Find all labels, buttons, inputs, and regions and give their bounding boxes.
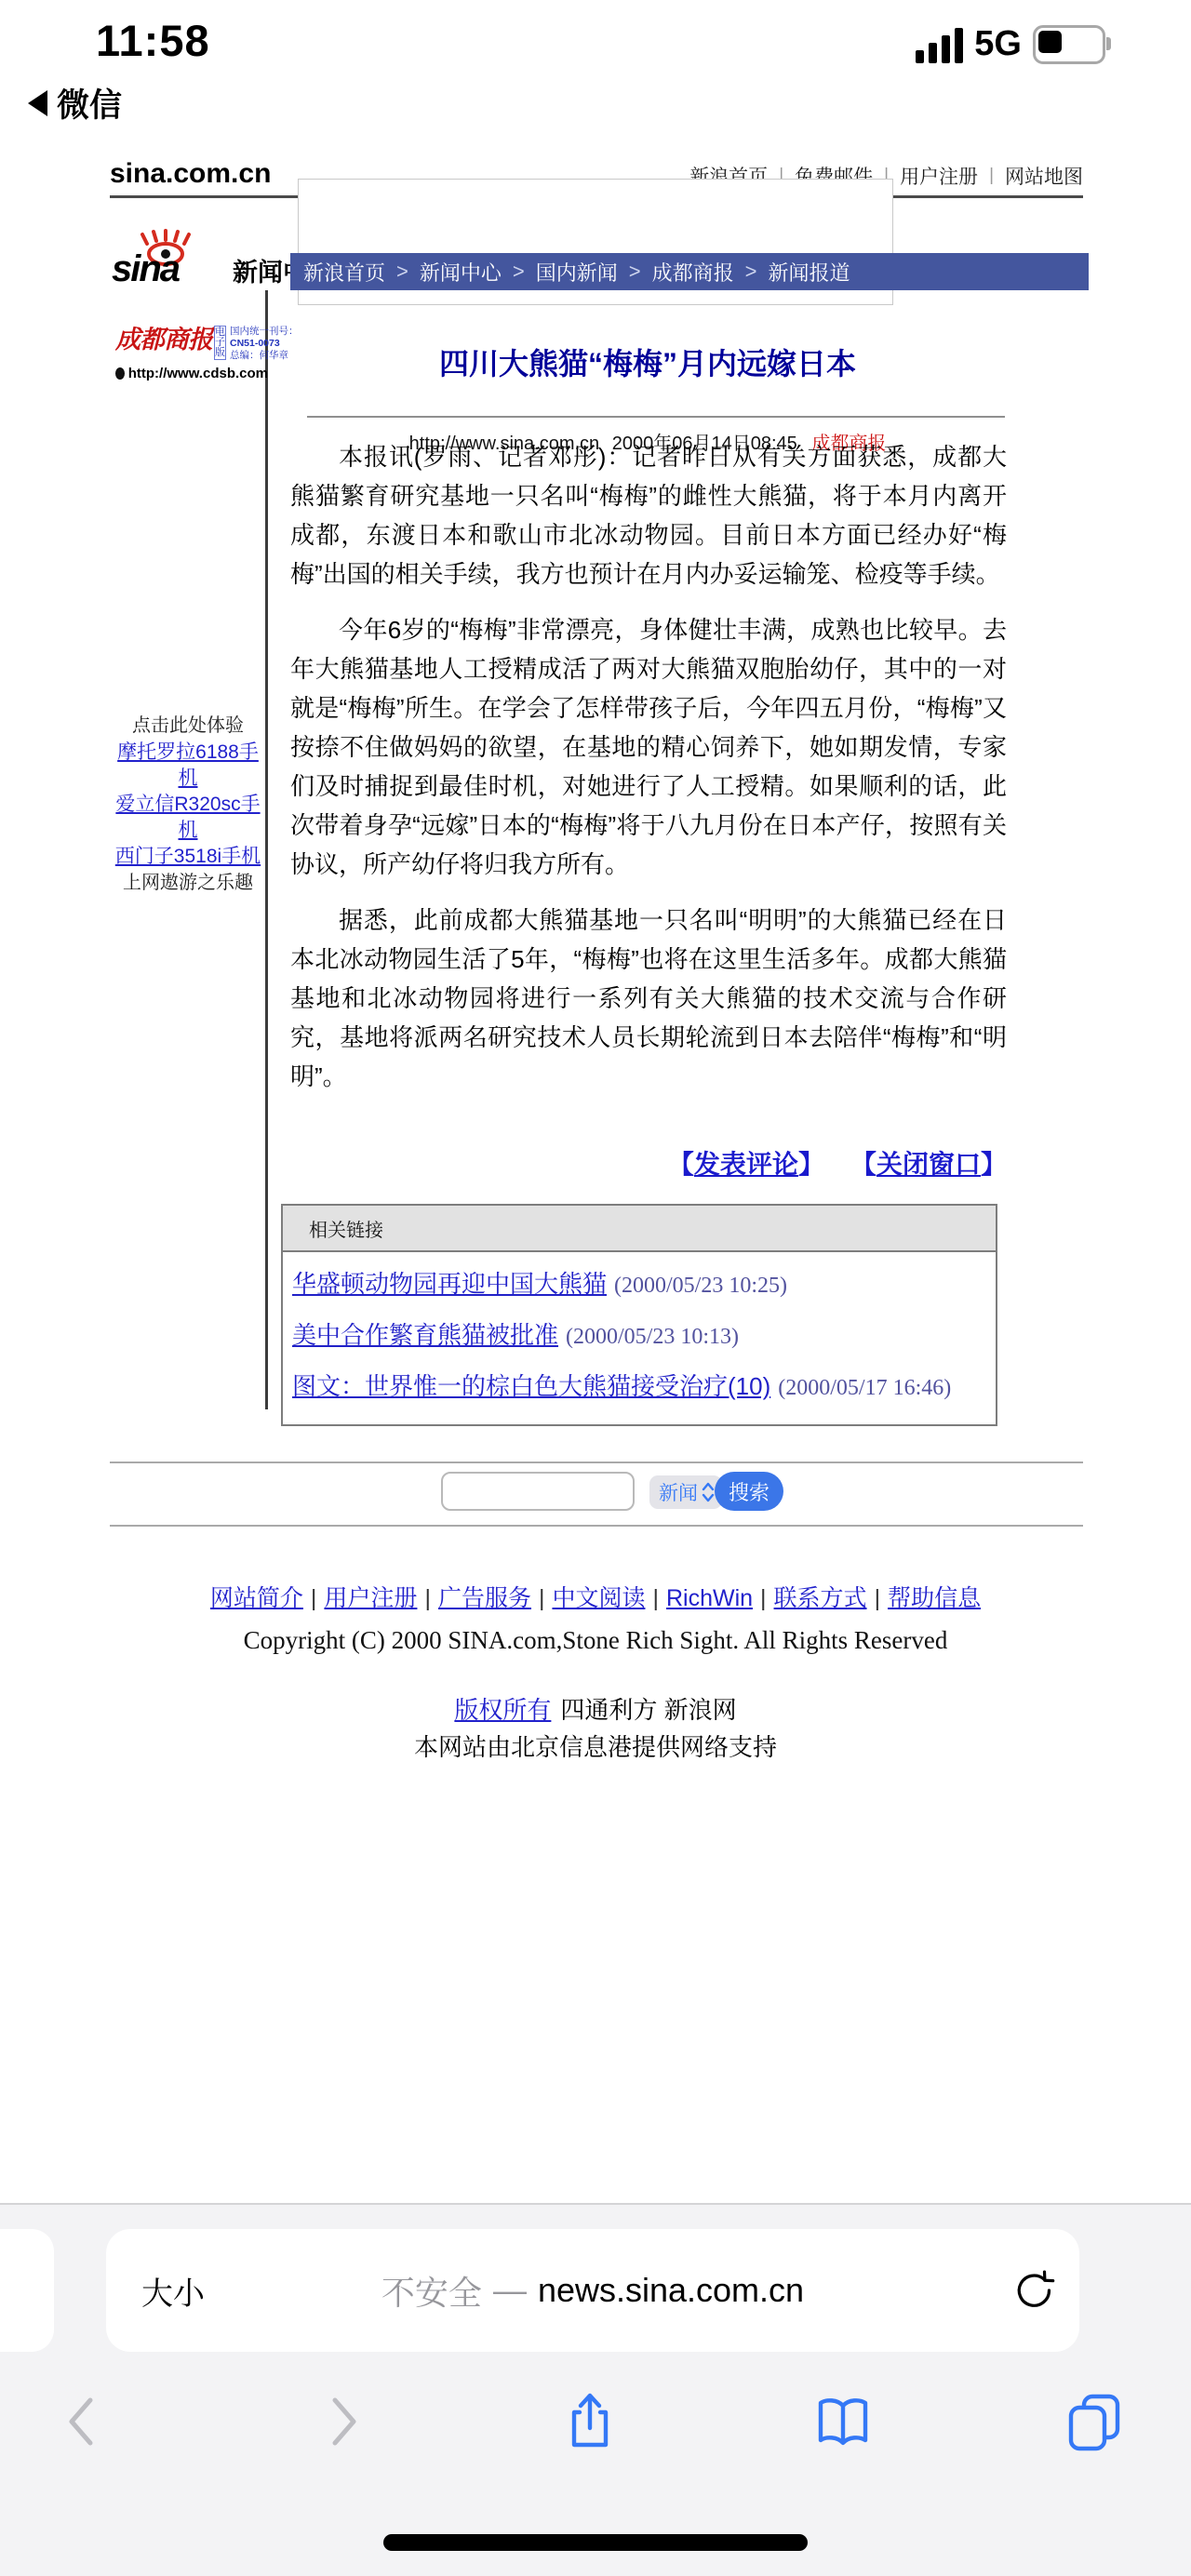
promo-link-ericsson[interactable]: 爱立信R320sc手机: [110, 792, 266, 844]
search-input[interactable]: [441, 1472, 635, 1511]
breadcrumb-separator: >: [629, 260, 641, 284]
refresh-button[interactable]: [1012, 2229, 1055, 2352]
bracket: 】: [798, 1150, 824, 1179]
status-indicators: 5G: [916, 24, 1105, 64]
title-divider: [307, 416, 1005, 418]
cdsb-edition-label: 电子版: [214, 326, 226, 360]
site-domain: sina.com.cn: [110, 158, 271, 190]
related-links-header: 相关链接: [283, 1206, 996, 1252]
article-actions: 【发表评论】【关闭窗口】: [290, 1144, 1007, 1181]
breadcrumb-home[interactable]: 新浪首页: [303, 258, 385, 287]
bracket: 【: [850, 1150, 877, 1179]
breadcrumb-news-report[interactable]: 新闻报道: [769, 258, 850, 287]
adjacent-tab-peek[interactable]: [0, 2229, 54, 2352]
footer-link-help[interactable]: 帮助信息: [888, 1585, 981, 1611]
bracket: 【: [668, 1150, 694, 1179]
divider-line: [110, 1525, 1083, 1527]
related-link[interactable]: 图文：世界惟一的棕白色大熊猫接受治疗(10): [292, 1372, 770, 1400]
footer-link-about[interactable]: 网站简介: [210, 1585, 303, 1611]
breadcrumb-cdsb[interactable]: 成都商报: [652, 258, 734, 287]
related-link-date: (2000/05/17 16:46): [778, 1376, 951, 1400]
article-paragraph: 今年6岁的“梅梅”非常漂亮，身体健壮丰满，成熟也比较早。去年大熊猫基地人工授精成…: [290, 610, 1007, 884]
battery-icon: [1033, 25, 1105, 64]
back-triangle-icon: [28, 90, 47, 116]
globe-icon: [115, 367, 125, 380]
article-paragraph: 本报讯(罗雨、记者邓彤)：记者昨日从有关方面获悉，成都大熊猫繁育研究基地一只名叫…: [290, 437, 1007, 594]
related-link[interactable]: 华盛顿动物园再迎中国大熊猫: [292, 1270, 607, 1298]
address-bar[interactable]: 大小 不安全 — news.sina.com.cn: [106, 2229, 1079, 2352]
related-link-row: 华盛顿动物园再迎中国大熊猫(2000/05/23 10:25): [292, 1260, 986, 1311]
related-link-date: (2000/05/23 10:25): [614, 1274, 787, 1298]
chevron-left-icon: [72, 2400, 90, 2443]
browser-forward-button[interactable]: [309, 2389, 374, 2454]
footer-link-ads[interactable]: 广告服务: [438, 1585, 531, 1611]
article-paragraph: 据悉，此前成都大熊猫基地一只名叫“明明”的大熊猫已经在日本北冰动物园生活了5年，…: [290, 901, 1007, 1096]
network-support-line: 本网站由北京信息港提供网络支持: [0, 1728, 1191, 1763]
footer-separator: |: [875, 1585, 881, 1611]
copyright-line: Copyright (C) 2000 SINA.com,Stone Rich S…: [0, 1626, 1191, 1655]
header-link-register[interactable]: 用户注册: [900, 162, 978, 190]
breadcrumb-separator: >: [745, 260, 757, 284]
close-window-link[interactable]: 关闭窗口: [877, 1150, 981, 1179]
address-text: 不安全 — news.sina.com.cn: [106, 2229, 1079, 2352]
security-label: 不安全: [381, 2267, 482, 2315]
breadcrumb-news-center[interactable]: 新闻中心: [420, 258, 502, 287]
breadcrumb-separator: >: [513, 260, 525, 284]
related-link-row: 图文：世界惟一的棕白色大熊猫接受治疗(10)(2000/05/17 16:46): [292, 1362, 986, 1413]
divider-line: [110, 1462, 1083, 1463]
rights-text: 四通利方 新浪网: [560, 1696, 736, 1724]
footer-separator: |: [424, 1585, 431, 1611]
breadcrumb-domestic-news[interactable]: 国内新闻: [536, 258, 618, 287]
address-separator: —: [493, 2271, 527, 2310]
iphone-screen: 11:58 5G 微信 sina.com.cn 新浪首页 | 免费邮件 | 用户…: [0, 0, 1191, 2576]
browser-back-button[interactable]: [51, 2389, 116, 2454]
refresh-icon: [1012, 2269, 1055, 2312]
promo-link-siemens[interactable]: 西门子3518i手机: [110, 844, 266, 870]
breadcrumb-separator: >: [396, 260, 408, 284]
promo-intro: 点击此处体验: [110, 713, 266, 740]
footer-link-contact[interactable]: 联系方式: [774, 1585, 867, 1611]
article-body: 本报讯(罗雨、记者邓彤)：记者昨日从有关方面获悉，成都大熊猫繁育研究基地一只名叫…: [290, 437, 1007, 1113]
cdsb-paper-name: 成都商报: [115, 326, 212, 354]
tabs-button[interactable]: [1062, 2389, 1127, 2454]
share-icon: [557, 2389, 622, 2454]
back-app-label: 微信: [57, 80, 122, 127]
share-button[interactable]: [557, 2389, 622, 2454]
article-title: 四川大熊猫“梅梅”月内远嫁日本: [290, 340, 1005, 383]
breadcrumb: 新浪首页 > 新闻中心 > 国内新闻 > 成都商报 > 新闻报道: [290, 253, 1089, 290]
header-separator: |: [989, 166, 994, 186]
related-links-box: 相关链接 华盛顿动物园再迎中国大熊猫(2000/05/23 10:25) 美中合…: [281, 1204, 997, 1426]
related-link-date: (2000/05/23 10:13): [566, 1325, 739, 1349]
footer-separator: |: [311, 1585, 317, 1611]
rights-link[interactable]: 版权所有: [454, 1696, 551, 1724]
sidebar-promo: 点击此处体验 摩托罗拉6188手机 爱立信R320sc手机 西门子3518i手机…: [110, 713, 266, 897]
related-link[interactable]: 美中合作繁育熊猫被批准: [292, 1321, 558, 1349]
chevron-up-down-icon: [702, 1481, 715, 1503]
tabs-icon: [1062, 2389, 1127, 2454]
home-indicator[interactable]: [383, 2534, 808, 2551]
back-to-app-button[interactable]: 微信: [28, 80, 122, 127]
search-button[interactable]: 搜索: [715, 1472, 783, 1511]
related-link-row: 美中合作繁育熊猫被批准(2000/05/23 10:13): [292, 1311, 986, 1362]
bookmarks-button[interactable]: [810, 2389, 876, 2454]
bracket: 】: [981, 1150, 1007, 1179]
footer-separator: |: [539, 1585, 545, 1611]
cdsb-site-url[interactable]: http://www.cdsb.com: [115, 366, 268, 381]
rights-line: 版权所有四通利方 新浪网: [0, 1691, 1191, 1726]
footer-link-chinese-reading[interactable]: 中文阅读: [552, 1585, 645, 1611]
footer-separator: |: [760, 1585, 767, 1611]
page-host: news.sina.com.cn: [538, 2271, 804, 2310]
sina-logo-text[interactable]: sina: [112, 248, 179, 290]
chevron-right-icon: [335, 2400, 354, 2443]
footer-link-richwin[interactable]: RichWin: [666, 1585, 753, 1611]
search-category-value: 新闻: [659, 1478, 698, 1506]
footer-links: 网站简介|用户注册|广告服务|中文阅读|RichWin|联系方式|帮助信息: [0, 1580, 1191, 1613]
promo-link-motorola[interactable]: 摩托罗拉6188手机: [110, 740, 266, 792]
header-link-sitemap[interactable]: 网站地图: [1005, 162, 1083, 190]
search-category-select[interactable]: 新闻: [649, 1475, 722, 1509]
signal-bars-icon: [916, 26, 963, 63]
footer-separator: |: [652, 1585, 659, 1611]
safari-bottom-bar: 大小 不安全 — news.sina.com.cn: [0, 2203, 1191, 2576]
network-type-label: 5G: [974, 24, 1022, 64]
cdsb-issue-info: 国内统一刊号： CN51-0073 总编：何华章: [230, 326, 299, 362]
footer-link-register[interactable]: 用户注册: [324, 1585, 417, 1611]
cdsb-paper-logo[interactable]: 成都商报 电子版 国内统一刊号： CN51-0073 总编：何华章 http:/…: [115, 326, 268, 381]
book-icon: [810, 2389, 876, 2454]
status-time: 11:58: [96, 15, 210, 66]
promo-outro: 上网遨游之乐趣: [110, 870, 266, 897]
post-comment-link[interactable]: 发表评论: [694, 1150, 798, 1179]
